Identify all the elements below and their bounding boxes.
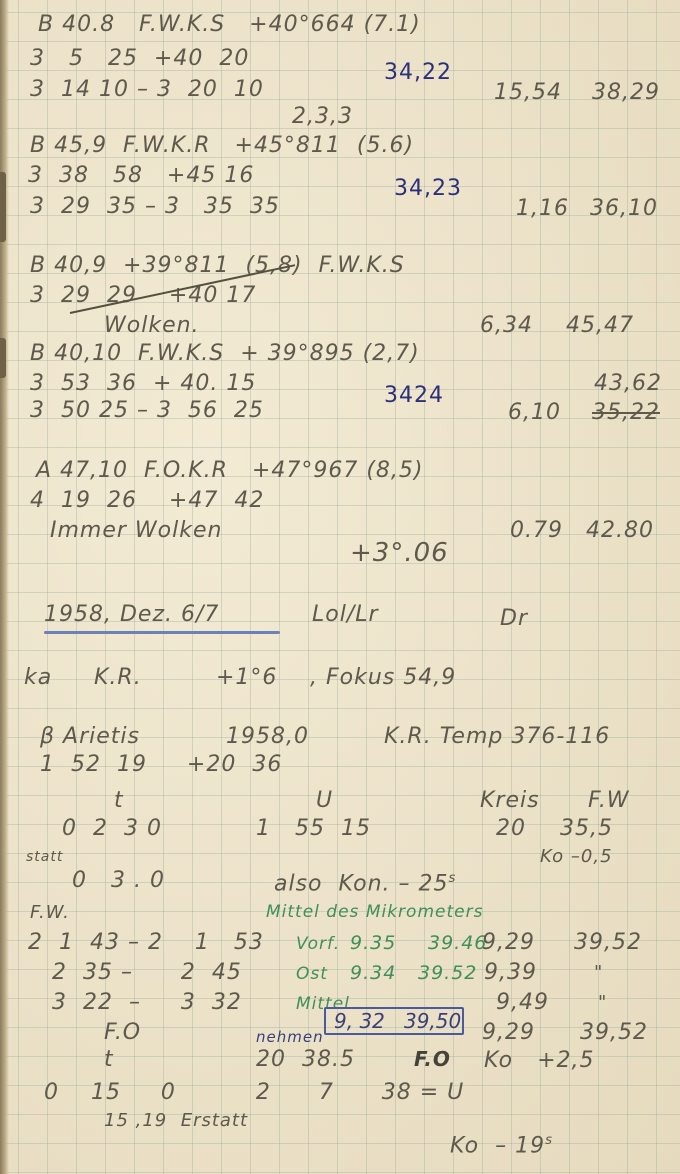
zero-row: 0 15 0 2 7 38 = U <box>44 1082 464 1104</box>
row-a-fw: 35,5 <box>560 818 613 840</box>
t-row-value: 20 38.5 <box>256 1049 355 1071</box>
nehmen-label: nehmen <box>256 1030 324 1045</box>
section-date: 1958, Dez. 6/7 <box>44 604 219 626</box>
boxed-v2: 39,50 <box>404 1009 461 1033</box>
star-detail: K.R. Temp 376-116 <box>384 726 610 748</box>
final-ko: Ko – 19s <box>450 1134 553 1157</box>
t-row-label: t <box>104 1049 114 1071</box>
col-header-t: t <box>114 790 124 812</box>
entry4-header: B 40,10 F.W.K.S + 39°895 (2,7) <box>30 343 420 365</box>
boxed-gap <box>385 1009 404 1033</box>
green-note: Mittel des Mikrometers <box>266 904 483 921</box>
measure-row-3-left: 3 22 – 3 32 <box>28 992 242 1014</box>
entry4-line2: 3 50 25 – 3 56 25 <box>30 400 264 422</box>
also-text: also Kon. – 25 <box>274 871 449 896</box>
entry1-right-col2: 38,29 <box>592 82 660 104</box>
measure-row-3-r2: " <box>598 994 607 1012</box>
entry3-header: B 40,9 +39°811 (5,8) F.W.K.S <box>30 255 405 277</box>
entry2-blue-value: 34,23 <box>394 178 462 200</box>
t-row-ko: Ko +2,5 <box>484 1050 595 1072</box>
binding-notch <box>0 338 6 378</box>
measure-row-3-r1: 9,49 <box>496 992 549 1014</box>
entry2-right-col2: 36,10 <box>590 198 658 220</box>
ka-kr: K.R. <box>94 667 142 689</box>
col-header-u: U <box>316 790 333 812</box>
ko-correction-1: Ko –0,5 <box>540 848 613 866</box>
measure-row-1-r1: 9,29 <box>482 932 535 954</box>
star-name: β Arietis <box>40 726 140 748</box>
entry1-right-col1: 15,54 <box>494 82 562 104</box>
entry5-right-col1: 0.79 <box>510 520 563 542</box>
notebook-page: B 40.8 F.W.K.S +40°664 (7.1) 3 5 25 +40 … <box>0 0 680 1174</box>
measure-row-2-r2: " <box>594 964 603 982</box>
measure-row-2-v2: 39.52 <box>418 964 477 983</box>
entry2-line1: 3 38 58 +45 16 <box>28 165 254 187</box>
entry4-right-col1: 6,10 <box>508 402 561 424</box>
measure-row-2-v1: 9.34 <box>350 964 396 983</box>
fo-label: F.O <box>104 1022 141 1044</box>
measure-row-1-v2: 39.46 <box>428 934 487 953</box>
t-row-fo: F.O <box>414 1049 451 1069</box>
binding-notch <box>0 172 6 242</box>
entry5-note: Immer Wolken <box>50 520 222 542</box>
ka-focus: , Fokus 54,9 <box>310 667 456 689</box>
entry3-right-col2: 45,47 <box>566 315 634 337</box>
date-underline <box>44 631 280 634</box>
row-b-t: 0 3 . 0 <box>72 870 165 892</box>
measure-row-2-left: 2 35 – 2 45 <box>28 962 242 984</box>
entry4-line1: 3 53 36 + 40. 15 <box>30 373 256 395</box>
also-correction: also Kon. – 25s <box>274 872 456 895</box>
star-coords: 1 52 19 +20 36 <box>40 754 282 776</box>
section-text2: Lol/Lr <box>312 604 379 626</box>
entry1-blue-value: 34,22 <box>384 62 452 84</box>
entry4-right-col2-struck: 35,22 <box>592 402 660 424</box>
ka-label: ka <box>24 667 52 689</box>
row-a-t: 0 2 3 0 <box>62 818 162 840</box>
entry1-header: B 40.8 F.W.K.S +40°664 (7.1) <box>38 14 421 36</box>
entry1-line2: 3 14 10 – 3 20 10 <box>30 79 264 101</box>
final-ko-sup: s <box>545 1133 553 1148</box>
measure-row-1-v1: 9.35 <box>350 934 396 953</box>
boxed-v1: 9, 32 <box>334 1009 385 1033</box>
measure-row-1-label: Vorf. <box>296 936 340 953</box>
fw-label: F.W. <box>30 904 70 922</box>
fo-r2: 39,52 <box>580 1022 648 1044</box>
entry1-note: 2,3,3 <box>292 106 353 128</box>
entry1-line1: 3 5 25 +40 20 <box>30 48 249 70</box>
row-a-u: 1 55 15 <box>256 818 371 840</box>
section-initials: Dr <box>500 608 528 630</box>
entry2-header: B 45,9 F.W.K.R +45°811 (5.6) <box>30 135 414 157</box>
star-epoch: 1958,0 <box>226 726 309 748</box>
boxed-result: 9, 32 39,50 <box>324 1007 464 1035</box>
measure-row-2-label: Ost <box>296 966 328 983</box>
entry4-blue-value: 3424 <box>384 385 444 407</box>
entry4-right-col2-top: 43,62 <box>594 373 662 395</box>
entry2-line2: 3 29 35 – 3 35 35 <box>30 196 280 218</box>
measure-row-2-r1: 9,39 <box>484 962 537 984</box>
ka-value: +1°6 <box>216 667 277 689</box>
measure-row-1-left: 2 1 43 – 2 1 53 <box>28 932 264 954</box>
statt-label: statt <box>26 850 63 864</box>
entry5-correction: +3°.06 <box>350 540 449 566</box>
entry5-right-col2: 42.80 <box>586 520 654 542</box>
col-header-kreis: Kreis <box>480 790 540 812</box>
statt-row: 15 ,19 Erstatt <box>104 1112 248 1130</box>
fo-r1: 9,29 <box>482 1022 535 1044</box>
final-ko-text: Ko – 19 <box>450 1133 545 1158</box>
entry3-note: Wolken. <box>104 315 200 337</box>
entry2-right-col1: 1,16 <box>516 198 569 220</box>
col-header-fw: F.W <box>588 790 630 812</box>
entry3-right-col1: 6,34 <box>480 315 533 337</box>
entry5-header: A 47,10 F.O.K.R +47°967 (8,5) <box>36 460 424 482</box>
also-sup: s <box>449 871 457 886</box>
measure-row-1-r2: 39,52 <box>574 932 642 954</box>
entry5-line1: 4 19 26 +47 42 <box>30 490 264 512</box>
row-a-kreis: 20 <box>496 818 526 840</box>
